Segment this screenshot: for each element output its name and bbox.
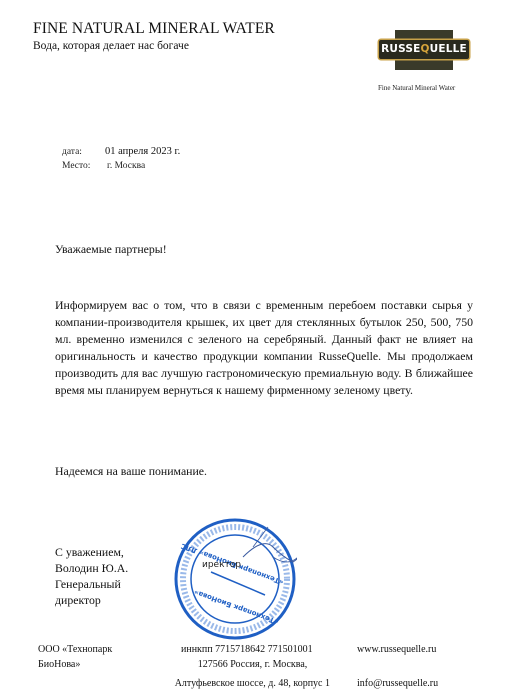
place-label: Место: bbox=[62, 161, 90, 171]
footer-company-line-2: БиоНова» bbox=[38, 657, 112, 672]
logo-text-part1: RUSSE bbox=[381, 43, 420, 55]
closing-note: Надеемся на ваше понимание. bbox=[55, 464, 207, 479]
logo-caption: Fine Natural Mineral Water bbox=[378, 84, 455, 92]
logo-wordmark: RUSSEQUELLE bbox=[379, 40, 469, 59]
company-stamp-icon: «Технопарк БиоНова» ЛЛС «Технопарк БиоНо… bbox=[173, 517, 297, 641]
date-label: дата: bbox=[62, 147, 82, 157]
signature-line-name: Володин Ю.А. bbox=[55, 560, 128, 576]
footer-company-line-1: ООО «Технопарк bbox=[38, 642, 112, 657]
letterhead-slogan: Вода, которая делает нас богаче bbox=[33, 40, 189, 52]
letter-body-paragraph: Информируем вас о том, что в связи с вре… bbox=[55, 297, 473, 399]
date-value: 01 апреля 2023 г. bbox=[105, 146, 180, 157]
footer-ids: иннкпп 7715718642 771501001 bbox=[181, 642, 313, 657]
letterhead-title: FINE NATURAL MINERAL WATER bbox=[33, 20, 275, 38]
signature-line-regards: С уважением, bbox=[55, 544, 128, 560]
footer-website-link[interactable]: www.russequelle.ru bbox=[357, 642, 436, 657]
russequelle-logo: RUSSEQUELLE bbox=[379, 30, 469, 70]
footer-address: 127566 Россия, г. Москва, Алтуфьевское ш… bbox=[155, 657, 330, 691]
signature-line-title-2: директор bbox=[55, 592, 128, 608]
footer-email-link[interactable]: info@russequelle.ru bbox=[357, 676, 438, 691]
signature-line-title-1: Генеральный bbox=[55, 576, 128, 592]
footer-address-line-2: Алтуфьевское шоссе, д. 48, корпус 1 bbox=[155, 676, 330, 691]
logo-text-q: Q bbox=[421, 43, 430, 55]
greeting: Уважаемые партнеры! bbox=[55, 242, 167, 257]
footer-address-line-1: 127566 Россия, г. Москва, bbox=[155, 657, 330, 672]
place-value: г. Москва bbox=[107, 161, 145, 171]
stamp-overlay-text: иректор bbox=[202, 560, 241, 570]
logo-text-part2: UELLE bbox=[430, 43, 467, 55]
footer-company: ООО «Технопарк БиоНова» bbox=[38, 642, 112, 672]
signature-block: С уважением, Володин Ю.А. Генеральный ди… bbox=[55, 544, 128, 608]
